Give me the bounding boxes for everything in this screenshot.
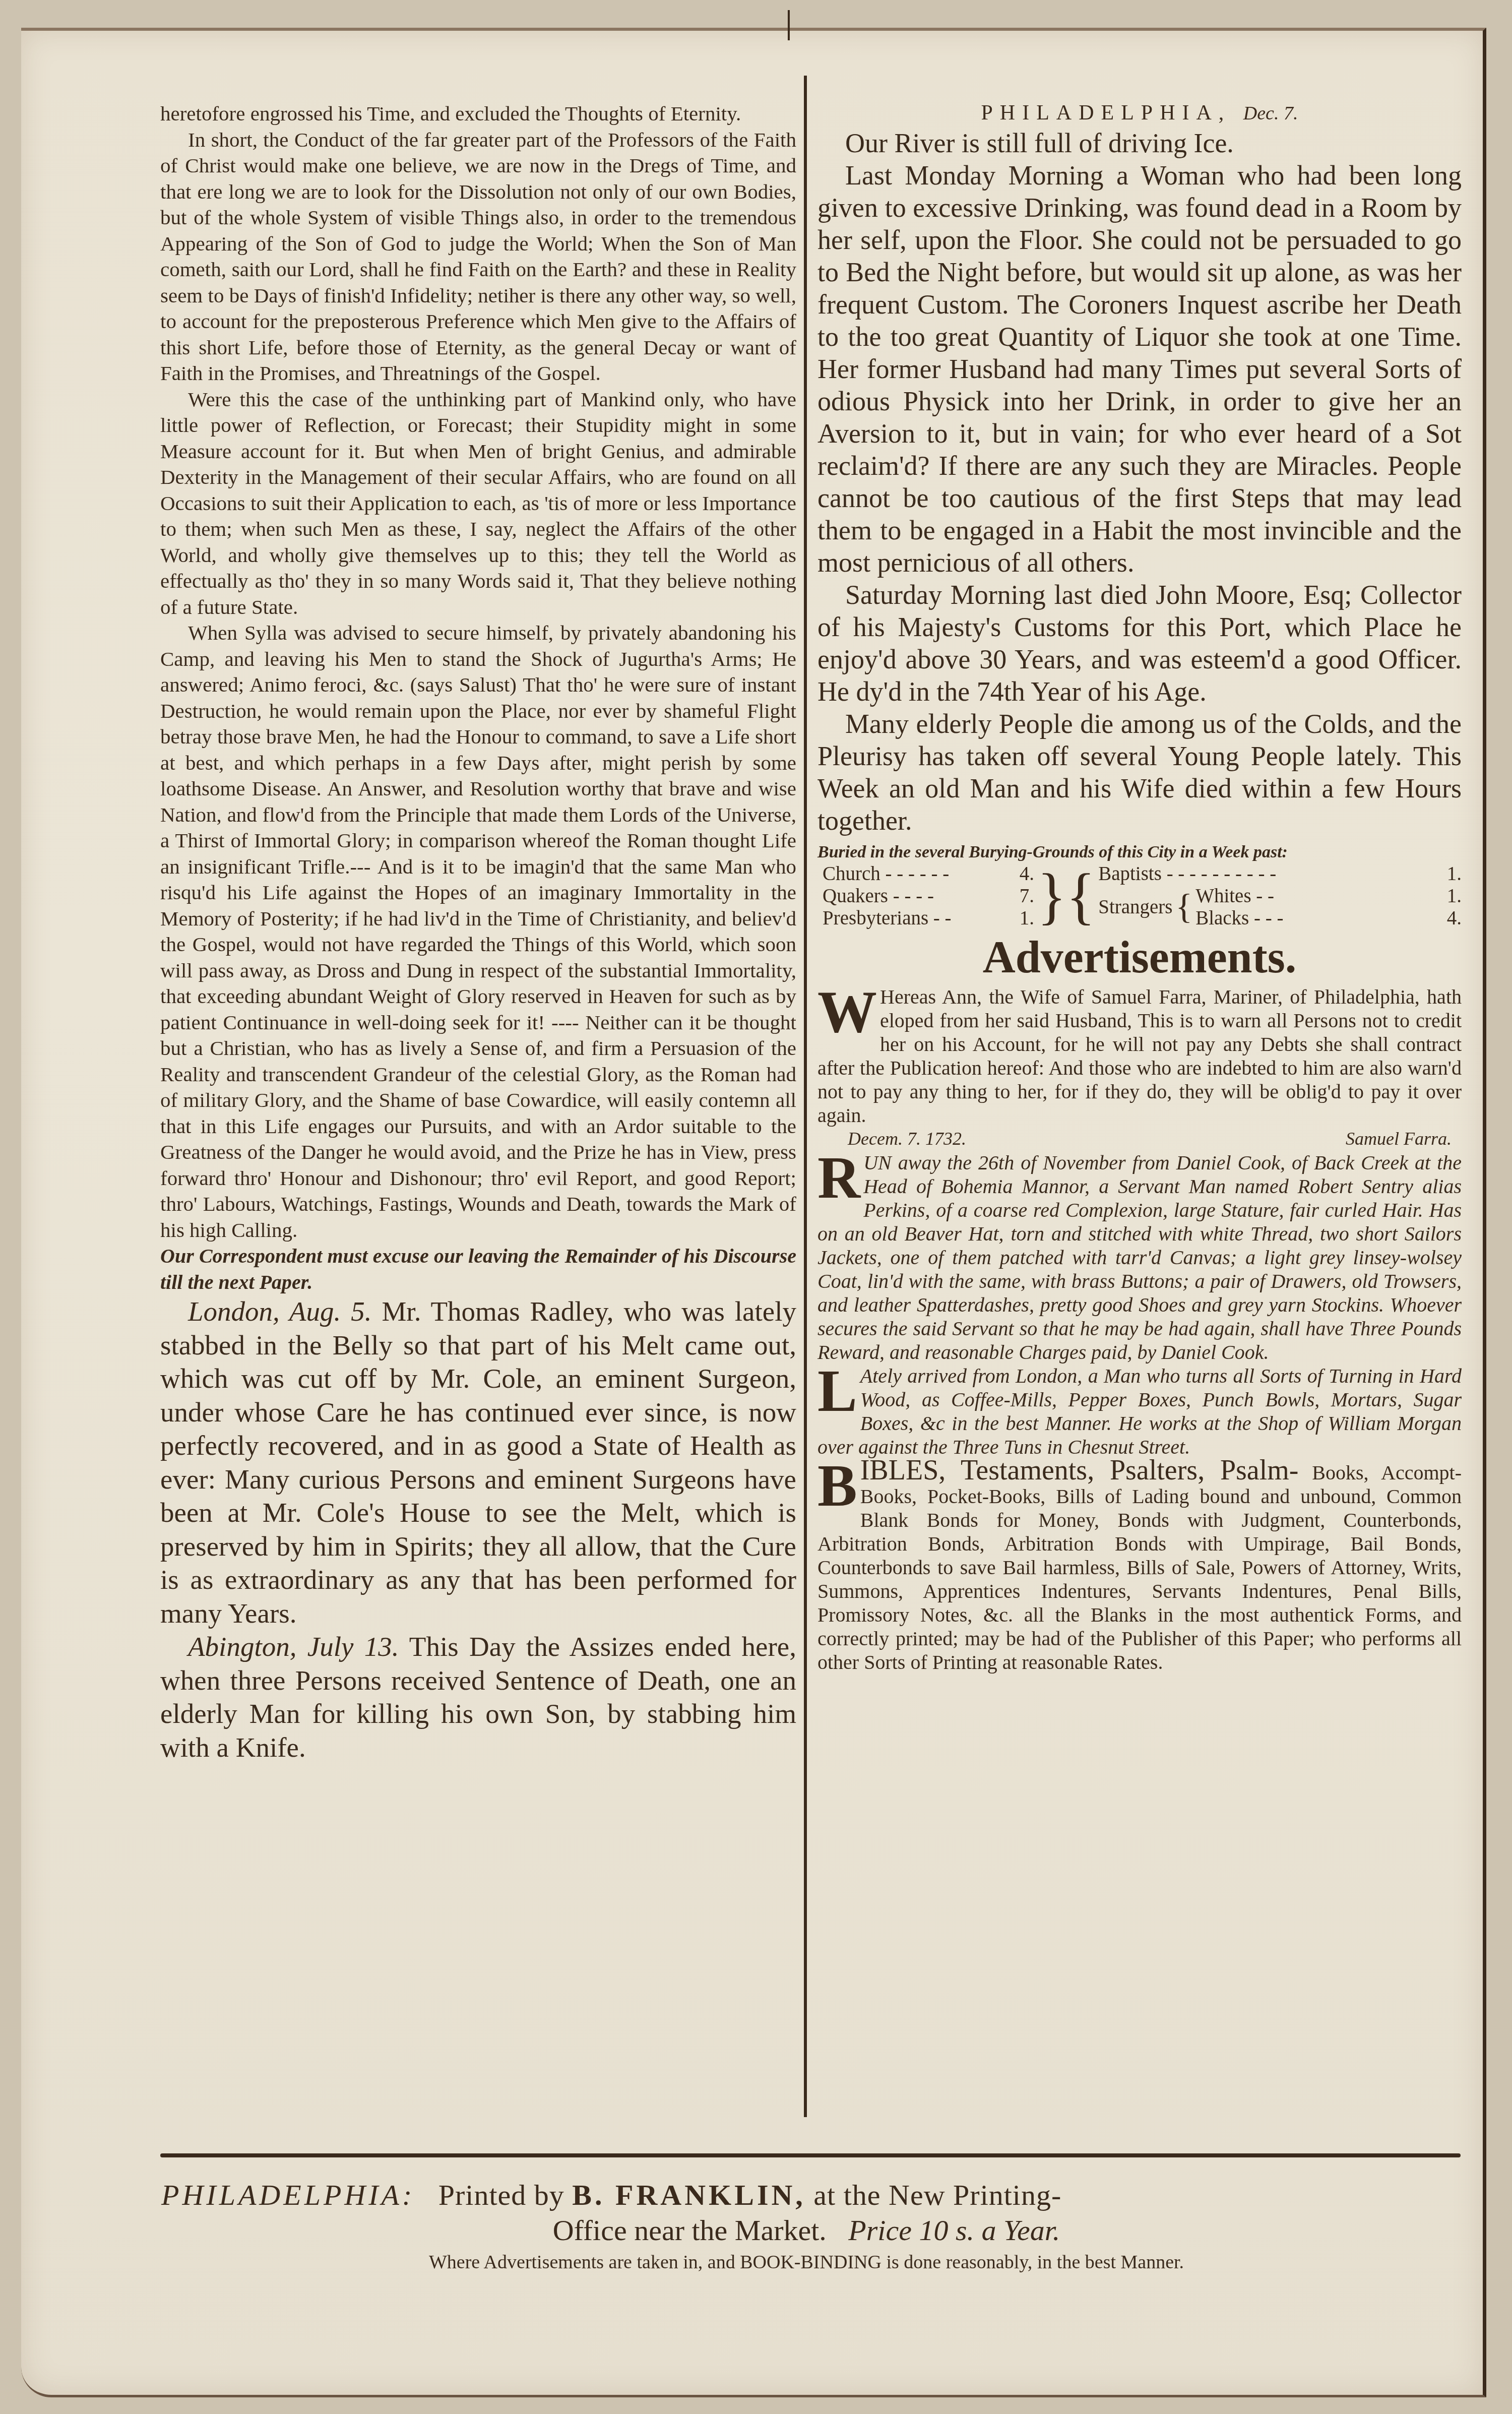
colophon-line-2: Office near the Market. Price 10 s. a Ye… [151,2213,1462,2248]
right-column: PHILADELPHIA, Dec. 7. Our River is still… [817,101,1462,1674]
essay-paragraph-3: When Sylla was advised to secure himself… [160,620,796,1243]
burial-label: Blacks - - - [1195,907,1283,930]
colophon-printer: B. FRANKLIN, [572,2179,806,2211]
burial-label: Church - - - - - - [823,863,949,885]
ad-text: Books, Accompt-Books, Pocket-Books, Bill… [817,1461,1462,1674]
burials-title: Buried in the several Burying-Grounds of… [817,842,1462,863]
london-text: Mr. Thomas Radley, who was lately stabbe… [160,1296,796,1629]
burial-count: 4. [1020,863,1034,885]
editor-note: Our Correspondent must excuse our leavin… [160,1243,796,1295]
ad-text: Hereas Ann, the Wife of Samuel Farra, Ma… [817,985,1462,1127]
essay-paragraph-2: Were this the case of the unthinking par… [160,387,796,621]
column-rule [804,76,807,2117]
abington-dateline: Abington, July 13. [188,1631,399,1662]
ad-text: UN away the 26th of November from Daniel… [817,1151,1462,1364]
london-dateline: London, Aug. 5. [188,1296,371,1327]
dateline-city: PHILADELPHIA, [981,101,1231,125]
ad-text: Ately arrived from London, a Man who tur… [817,1365,1462,1458]
dateline-date: Dec. 7. [1243,103,1298,124]
colophon-office: Office near the Market. [553,2214,827,2247]
drop-cap: W [817,987,877,1037]
burial-count: 1. [1020,907,1034,930]
philadelphia-dateline: PHILADELPHIA, Dec. 7. [817,101,1462,125]
colophon-line-3: Where Advertisements are taken in, and B… [151,2248,1462,2276]
ad-head: IBLES, Testaments, Psalters, Psalm- [860,1455,1299,1486]
drop-cap: B [817,1461,857,1511]
burial-count: 7. [1020,885,1034,907]
advertisements-heading: Advertisements. [817,933,1462,983]
brace-symbol: { [1176,896,1193,918]
strangers-label: Strangers [1098,896,1172,918]
colophon-line-1: PHILADELPHIA: Printed by B. FRANKLIN, at… [151,2178,1462,2213]
moore-obituary: Saturday Morning last died John Moore, E… [817,579,1462,708]
colds-news: Many elderly People die among us of the … [817,708,1462,837]
burial-count: 1. [1447,863,1462,885]
brace-symbol: }{ [1037,861,1095,932]
burials-table: Church - - - - - - 4. Quakers - - - - 7.… [823,863,1462,930]
ad-turner: L Ately arrived from London, a Man who t… [817,1364,1462,1459]
burial-row: Presbyterians - - 1. [823,907,1034,930]
london-news: London, Aug. 5. Mr. Thomas Radley, who w… [160,1295,796,1630]
colophon-city: PHILADELPHIA: [161,2179,415,2211]
ad-signature-line: Decem. 7. 1732. Samuel Farra. [817,1127,1462,1151]
burial-count: 1. [1447,885,1462,907]
left-column: heretofore engrossed his Time, and exclu… [160,101,796,1764]
river-news: Our River is still full of driving Ice. [817,127,1462,159]
burial-row: Quakers - - - - 7. [823,885,1034,907]
ad-farra: W Hereas Ann, the Wife of Samuel Farra, … [817,985,1462,1151]
ad-signature: Samuel Farra. [1346,1127,1452,1151]
colophon-price: Price 10 s. a Year. [848,2214,1060,2247]
colophon-at: at the New Printing- [813,2179,1061,2211]
burial-count: 4. [1447,907,1462,930]
burial-row: Blacks - - - 4. [1195,907,1462,930]
drop-cap: R [817,1153,860,1203]
woman-news: Last Monday Morning a Woman who had been… [817,159,1462,579]
ad-date: Decem. 7. 1732. [848,1127,966,1151]
abington-news: Abington, July 13. This Day the Assizes … [160,1630,796,1764]
ad-runaway: R UN away the 26th of November from Dani… [817,1151,1462,1364]
burial-label: Presbyterians - - [823,907,952,930]
burial-label: Baptists - - - - - - - - - - [1098,863,1276,885]
burial-row: Church - - - - - - 4. [823,863,1034,885]
ad-bibles: B IBLES, Testaments, Psalters, Psalm- Bo… [817,1459,1462,1674]
colophon-printed-by: Printed by [438,2179,564,2211]
burial-row: Baptists - - - - - - - - - - 1. [1098,863,1462,885]
burial-label: Whites - - [1195,885,1274,907]
print-mark [788,10,790,40]
burial-row: Whites - - 1. [1195,885,1462,907]
drop-cap: L [817,1366,857,1416]
essay-continuation: heretofore engrossed his Time, and exclu… [160,101,796,127]
footer-rule [160,2153,1461,2157]
essay-paragraph-1: In short, the Conduct of the far greater… [160,127,796,387]
burial-label: Quakers - - - - [823,885,934,907]
colophon: PHILADELPHIA: Printed by B. FRANKLIN, at… [151,2178,1462,2276]
